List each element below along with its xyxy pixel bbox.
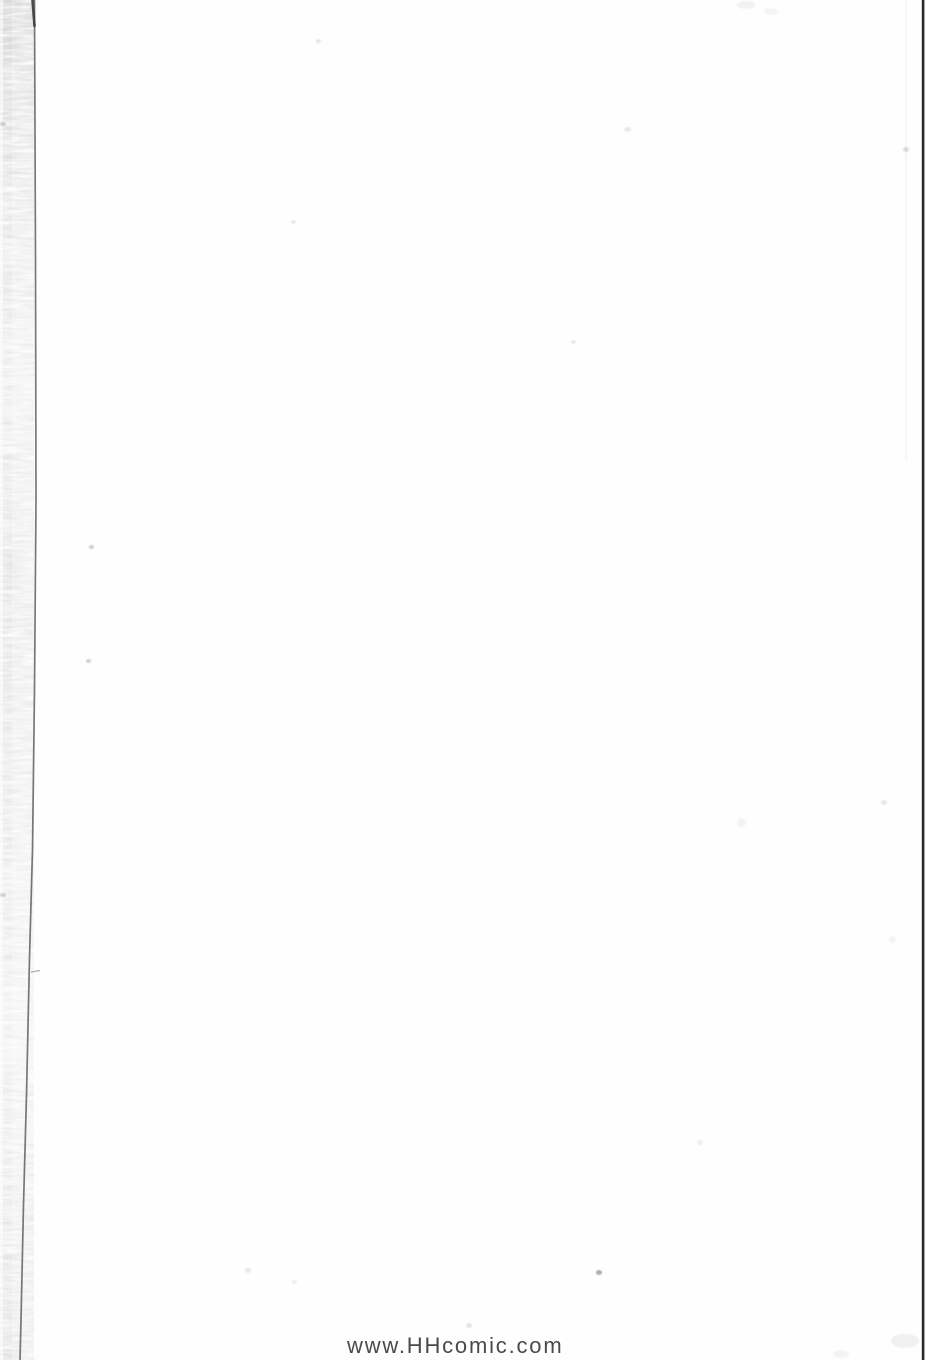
dust-speck	[737, 818, 746, 827]
dust-speck	[891, 1334, 919, 1348]
book-spine-line	[20, 0, 36, 1360]
dust-speck	[245, 1268, 251, 1273]
dust-speck	[764, 8, 778, 15]
dust-speck	[596, 1270, 602, 1275]
scan-artifacts-layer	[0, 0, 927, 1360]
dust-speck	[466, 1323, 472, 1328]
dust-specks-layer	[0, 0, 927, 1360]
spine-tick-mark	[31, 971, 40, 973]
dust-speck	[0, 893, 6, 897]
dust-speck	[833, 1350, 849, 1358]
dust-speck	[903, 147, 909, 152]
watermark-url: www.HHcomic.com	[347, 1333, 567, 1359]
faint-right-line	[906, 0, 907, 460]
dust-speck	[881, 800, 887, 805]
book-spine-line-top-cap	[33, 0, 35, 26]
dust-speck	[316, 39, 321, 43]
dust-speck	[86, 659, 91, 663]
dust-speck	[889, 936, 896, 943]
scanned-page: www.HHcomic.com	[0, 0, 927, 1360]
dust-speck	[292, 1280, 297, 1284]
dust-speck	[624, 127, 631, 132]
dust-speck	[697, 1140, 703, 1145]
spine-shadow-band-inner	[0, 0, 12, 1360]
spine-shadow-band	[3, 0, 34, 1360]
dust-speck	[89, 545, 94, 549]
dust-speck	[291, 220, 296, 224]
dust-speck	[737, 1, 755, 9]
dust-speck	[571, 340, 576, 344]
dust-speck	[0, 122, 6, 126]
right-edge-line	[922, 0, 925, 1360]
